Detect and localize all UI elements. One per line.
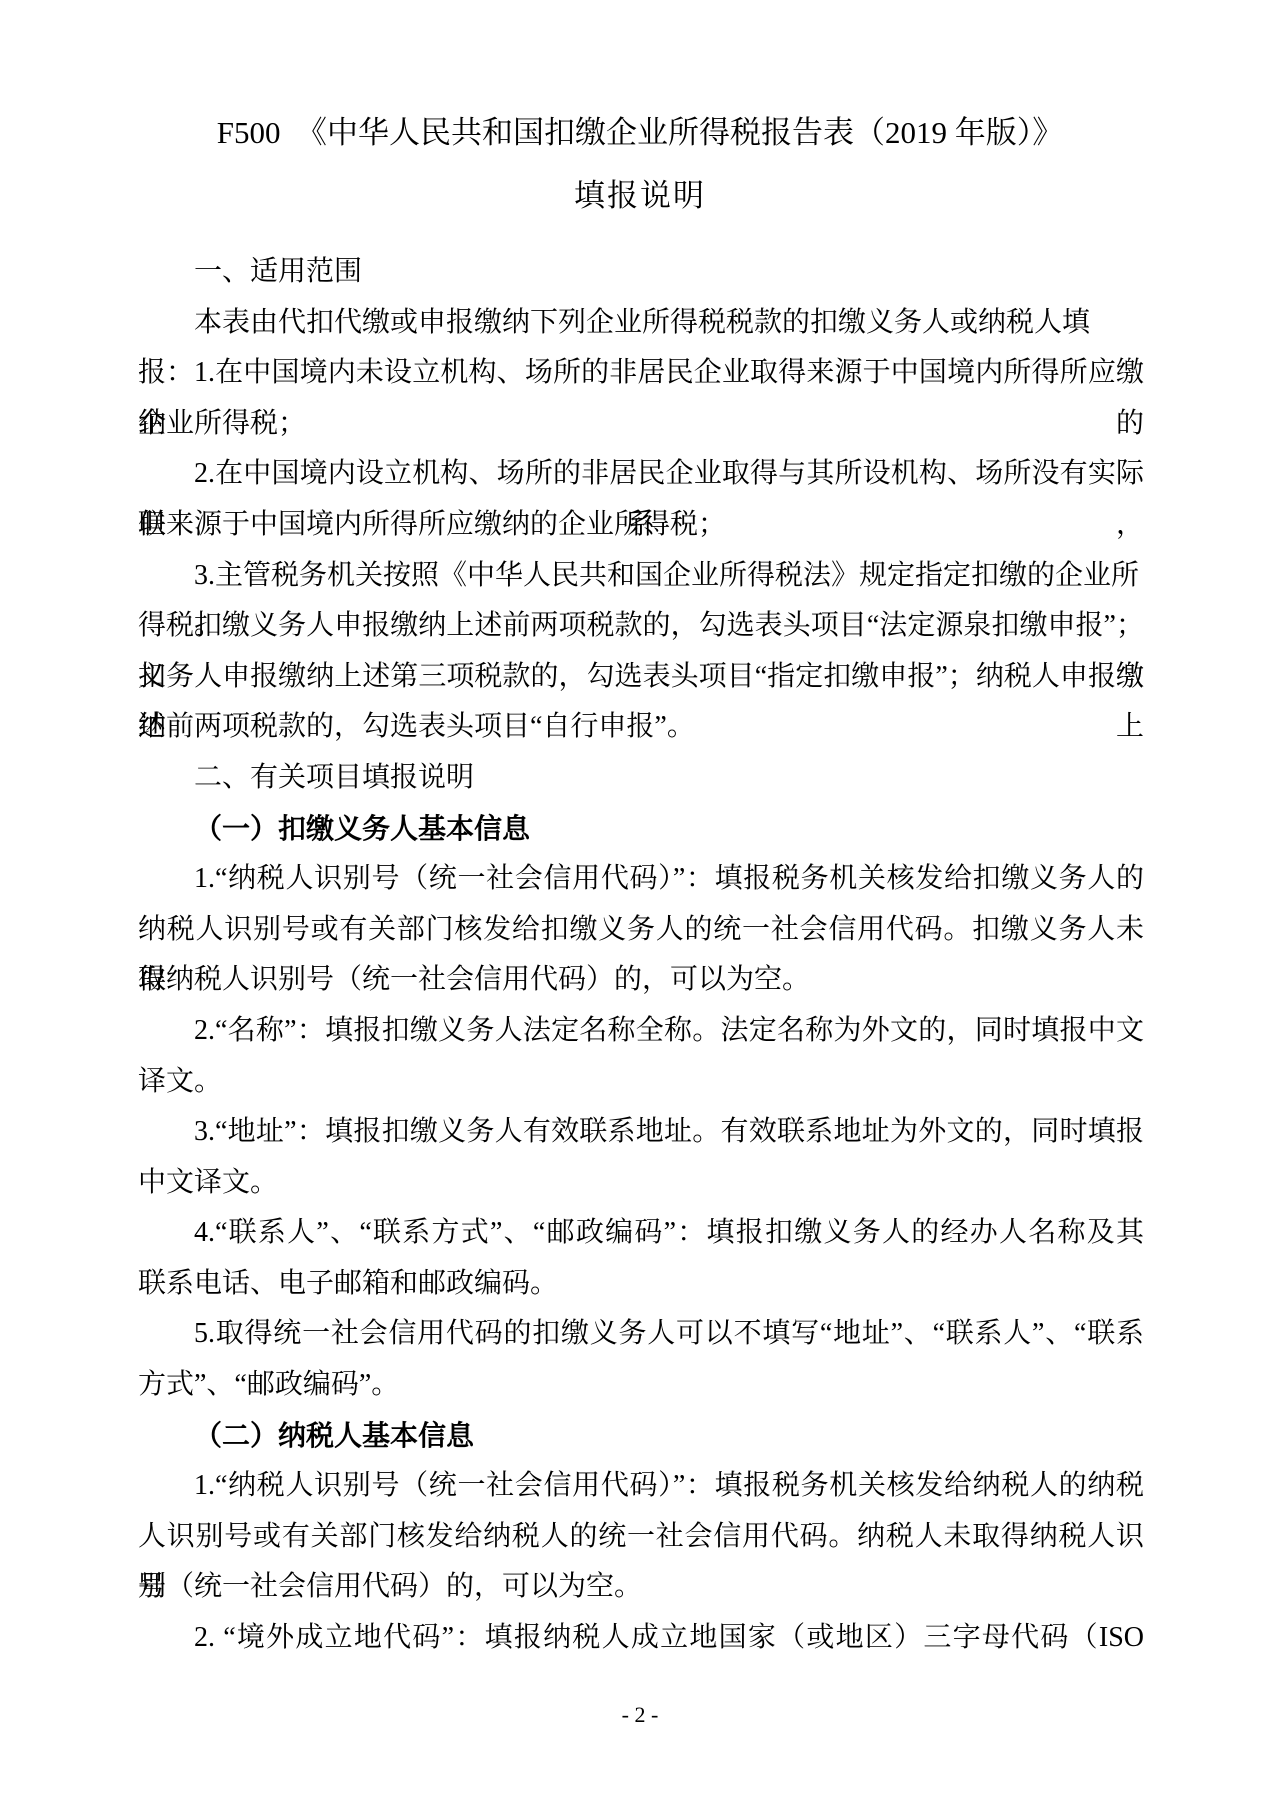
para-scope-item-1-line-1: 1.在中国境内未设立机构、场所的非居民企业取得来源于中国境内所得所应缴纳的 (138, 348, 1144, 399)
document-title: F500 《中华人民共和国扣缴企业所得税报告表（2019 年版）》 (0, 110, 1280, 156)
heading-applicable-scope-line-1: 一、适用范围 (138, 247, 1144, 298)
heading-item-instructions-line-1: 二、有关项目填报说明 (138, 753, 1144, 804)
para-agent-item-3-line-2: 中文译文。 (138, 1158, 1144, 1209)
para-agent-item-1-line-2: 纳税人识别号或有关部门核发给扣缴义务人的统一社会信用代码。扣缴义务人未取 (138, 905, 1144, 956)
document-subtitle: 填报说明 (0, 173, 1280, 219)
para-scope-intro-line-1: 本表由代扣代缴或申报缴纳下列企业所得税税款的扣缴义务人或纳税人填报： (138, 298, 1144, 349)
para-agent-item-1-line-3: 得纳税人识别号（统一社会信用代码）的，可以为空。 (138, 955, 1144, 1006)
para-agent-item-4-line-1: 4.“联系人”、“联系方式”、“邮政编码”：填报扣缴义务人的经办人名称及其 (138, 1208, 1144, 1259)
para-scope-item-3-line-1: 3.主管税务机关按照《中华人民共和国企业所得税法》规定指定扣缴的企业所得税。 (138, 551, 1144, 602)
para-declaration-type-line-1: 扣缴义务人申报缴纳上述前两项税款的，勾选表头项目“法定源泉扣缴申报”；扣缴 (138, 601, 1144, 652)
heading-withholding-agent-info-line-1: （一）扣缴义务人基本信息 (138, 804, 1144, 855)
para-agent-item-5-line-1: 5.取得统一社会信用代码的扣缴义务人可以不填写“地址”、“联系人”、“联系 (138, 1309, 1144, 1360)
para-declaration-type-line-2: 义务人申报缴纳上述第三项税款的，勾选表头项目“指定扣缴申报”；纳税人申报缴纳上 (138, 652, 1144, 703)
heading-taxpayer-info-line-1: （二）纳税人基本信息 (138, 1411, 1144, 1462)
para-agent-item-5-line-2: 方式”、“邮政编码”。 (138, 1360, 1144, 1411)
para-agent-item-1-line-1: 1.“纳税人识别号（统一社会信用代码）”：填报税务机关核发给扣缴义务人的 (138, 854, 1144, 905)
document-page: F500 《中华人民共和国扣缴企业所得税报告表（2019 年版）》 填报说明 一… (0, 0, 1280, 1810)
para-agent-item-2-line-2: 译文。 (138, 1057, 1144, 1108)
para-agent-item-4-line-2: 联系电话、电子邮箱和邮政编码。 (138, 1259, 1144, 1310)
page-number: - 2 - (0, 1700, 1280, 1730)
document-body: 一、适用范围本表由代扣代缴或申报缴纳下列企业所得税税款的扣缴义务人或纳税人填报：… (138, 247, 1144, 1664)
para-taxpayer-item-2-line-1: 2. “境外成立地代码”：填报纳税人成立地国家（或地区）三字母代码（ISO (138, 1613, 1144, 1664)
para-scope-item-2-line-1: 2.在中国境内设立机构、场所的非居民企业取得与其所设机构、场所没有实际联系， (138, 449, 1144, 500)
para-agent-item-2-line-1: 2.“名称”：填报扣缴义务人法定名称全称。法定名称为外文的，同时填报中文 (138, 1006, 1144, 1057)
para-taxpayer-item-1-line-2: 人识别号或有关部门核发给纳税人的统一社会信用代码。纳税人未取得纳税人识别 (138, 1512, 1144, 1563)
para-taxpayer-item-1-line-1: 1.“纳税人识别号（统一社会信用代码）”：填报税务机关核发给纳税人的纳税 (138, 1461, 1144, 1512)
para-agent-item-3-line-1: 3.“地址”：填报扣缴义务人有效联系地址。有效联系地址为外文的，同时填报 (138, 1107, 1144, 1158)
para-taxpayer-item-1-line-3: 号（统一社会信用代码）的，可以为空。 (138, 1562, 1144, 1613)
